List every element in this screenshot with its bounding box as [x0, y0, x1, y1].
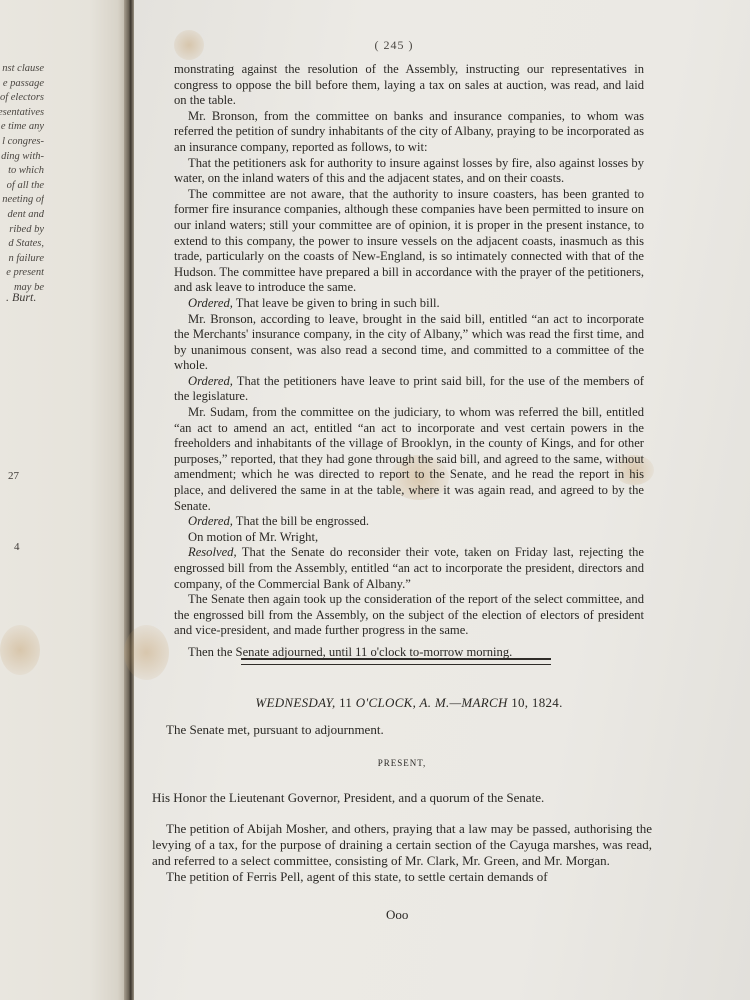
left-margin-fragments: nst clause e passage of electors esentat…: [0, 62, 44, 296]
proceedings-text: monstrating against the resolution of th…: [174, 62, 644, 661]
margin-line: e passage: [0, 77, 44, 92]
margin-line: of electors: [0, 91, 44, 106]
paragraph: monstrating against the resolution of th…: [174, 62, 644, 109]
paragraph: Mr. Bronson, from the committee on banks…: [174, 109, 644, 156]
paragraph: Mr. Sudam, from the committee on the jud…: [174, 405, 644, 514]
margin-line: of all the: [0, 179, 44, 194]
margin-line: to which: [0, 164, 44, 179]
paragraph-text: That the petitioners have leave to print…: [174, 374, 644, 404]
left-signoff: . Burt.: [6, 290, 36, 305]
ordered-label: Ordered,: [188, 374, 233, 388]
paragraph-text: That the bill be engrossed.: [233, 514, 369, 528]
section-heading: WEDNESDAY, 11 O'CLOCK, A. M.—MARCH 10, 1…: [174, 695, 644, 711]
margin-line: ding with-: [0, 150, 44, 165]
paragraph: Resolved, That the Senate do reconsider …: [174, 545, 644, 592]
left-page: nst clause e passage of electors esentat…: [0, 0, 128, 1000]
heading-time: 11: [336, 695, 356, 710]
margin-line: n failure: [0, 252, 44, 267]
paragraph: The committee are not aware, that the au…: [174, 187, 644, 296]
heading-date: 10, 1824.: [508, 695, 563, 710]
stain: [174, 30, 204, 60]
margin-line: e present: [0, 266, 44, 281]
heading-month: O'CLOCK, A. M.—MARCH: [356, 695, 508, 710]
paragraph: Ordered, That leave be given to bring in…: [174, 296, 644, 312]
margin-line: esentatives: [0, 106, 44, 121]
page-number: ( 245 ): [339, 38, 449, 53]
signature-mark: Ooo: [386, 907, 408, 923]
margin-line: neeting of: [0, 193, 44, 208]
paragraph: On motion of Mr. Wright,: [174, 530, 644, 546]
margin-line: nst clause: [0, 62, 44, 77]
paragraph: That the petitioners ask for authority t…: [174, 156, 644, 187]
paragraph: The petition of Abijah Mosher, and other…: [152, 821, 652, 868]
stain: [124, 625, 169, 680]
margin-line: e time any: [0, 120, 44, 135]
ordered-label: Ordered,: [188, 514, 233, 528]
left-number: 4: [14, 541, 20, 553]
margin-line: d States,: [0, 237, 44, 252]
paragraph: The petition of Ferris Pell, agent of th…: [152, 869, 652, 885]
margin-line: ribed by: [0, 223, 44, 238]
paragraph: Ordered, That the bill be engrossed.: [174, 514, 644, 530]
ordered-label: Ordered,: [188, 296, 233, 310]
resolved-label: Resolved,: [188, 545, 237, 559]
paragraph: The Senate met, pursuant to adjournment.: [152, 722, 652, 738]
paragraph: Mr. Bronson, according to leave, brought…: [174, 312, 644, 374]
paragraph-text: That leave be given to bring in such bil…: [233, 296, 440, 310]
paragraph-text: That the Senate do reconsider their vote…: [174, 545, 644, 590]
margin-line: dent and: [0, 208, 44, 223]
section-divider-rule: [241, 658, 551, 665]
session-text: The Senate met, pursuant to adjournment.…: [152, 722, 652, 885]
margin-line: l congres-: [0, 135, 44, 150]
stain: [0, 625, 40, 675]
left-number: 27: [8, 470, 19, 482]
paragraph: Ordered, That the petitioners have leave…: [174, 374, 644, 405]
right-page: ( 245 ) monstrating against the resoluti…: [134, 0, 750, 1000]
paragraph: The Senate then again took up the consid…: [174, 592, 644, 639]
paragraph: His Honor the Lieutenant Governor, Presi…: [152, 790, 652, 806]
heading-day: WEDNESDAY,: [255, 695, 335, 710]
present-label: PRESENT,: [152, 756, 652, 772]
